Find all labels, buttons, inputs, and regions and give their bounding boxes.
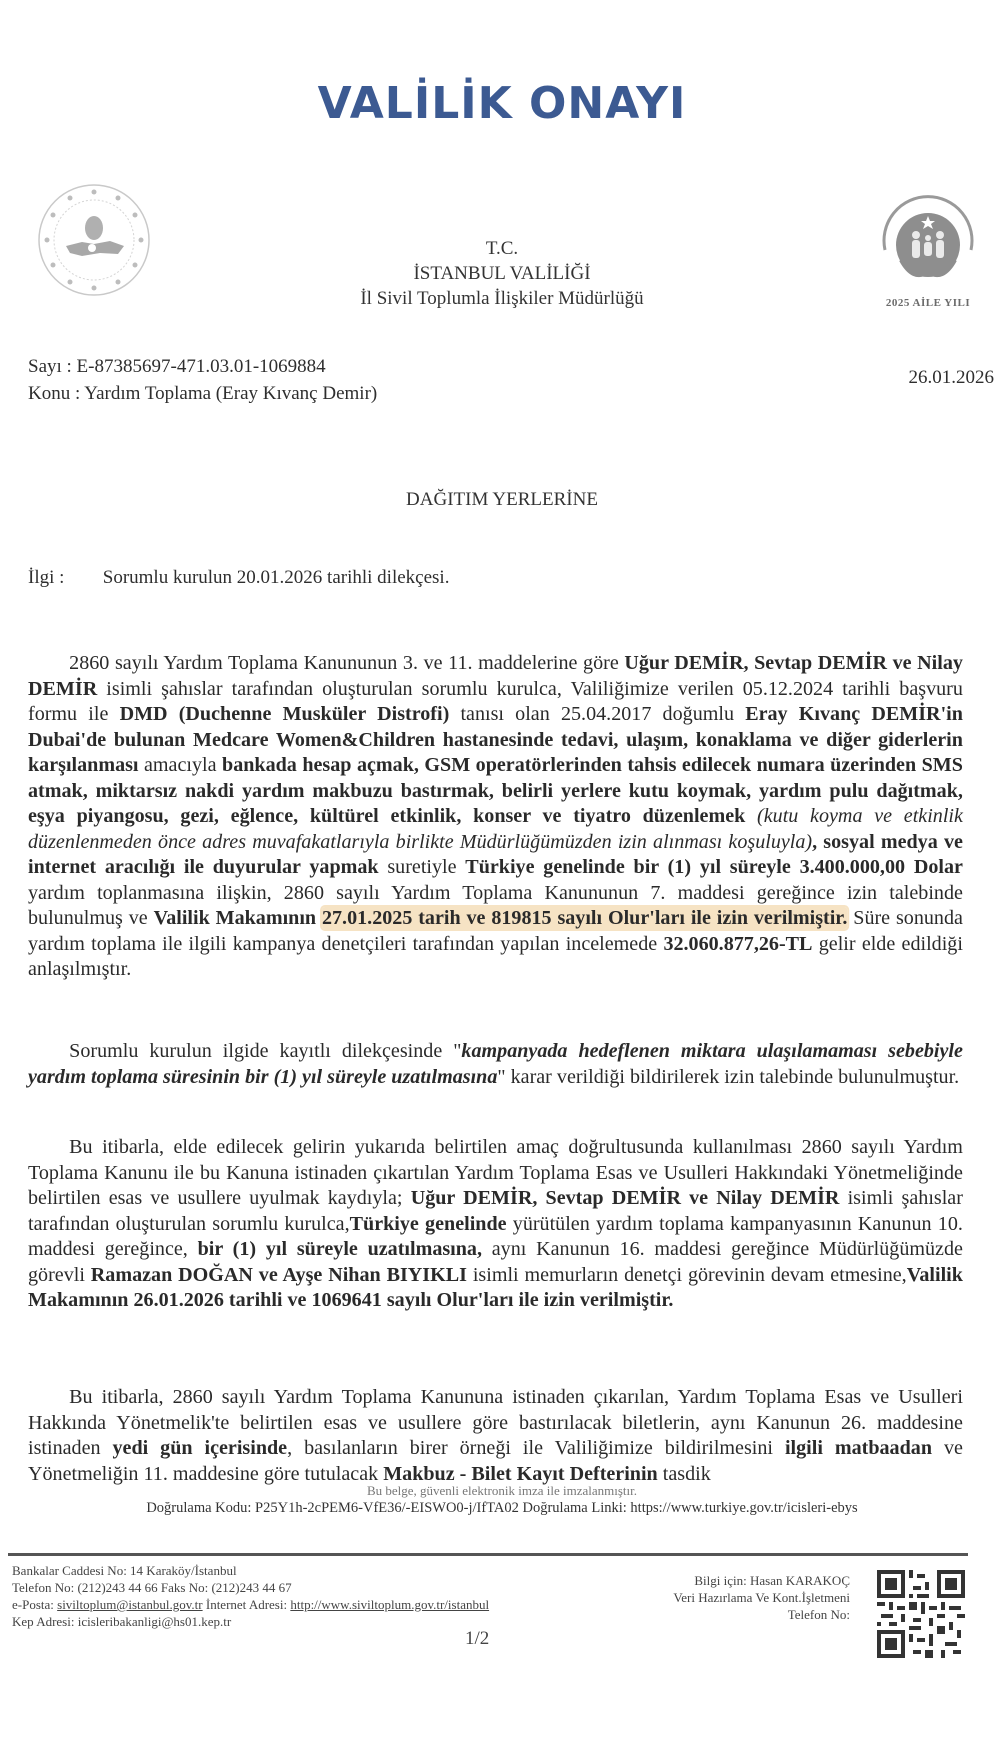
info-phone: Telefon No: — [600, 1606, 850, 1623]
document-date: 26.01.2026 — [909, 367, 995, 389]
printer: ilgili matbaadan — [785, 1437, 932, 1459]
verification-link-label: Doğrulama Linki: — [523, 1500, 627, 1516]
text: suretiyle — [379, 856, 466, 878]
konu-line: Konu : Yardım Toplama (Eray Kıvanç Demir… — [28, 380, 377, 407]
web-link[interactable]: http://www.siviltoplum.gov.tr/istanbul — [290, 1597, 489, 1612]
verification-code: P25Y1h-2cPEM6-VfE36/-EISWO0-j/IfTA02 — [255, 1500, 519, 1516]
body-paragraph-1: 2860 sayılı Yardım Toplama Kanununun 3. … — [28, 651, 963, 983]
extension-duration: bir (1) yıl süreyle uzatılmasına, — [198, 1238, 482, 1260]
email-label: e-Posta: — [12, 1597, 54, 1612]
verification-line: Doğrulama Kodu: P25Y1h-2cPEM6-VfE36/-EIS… — [0, 1500, 1004, 1517]
text: Sorumlu kurulun ilgide kayıtlı dilekçesi… — [69, 1040, 461, 1062]
text: 2860 sayılı Yardım Toplama Kanununun 3. … — [69, 652, 624, 674]
register-book: Makbuz - Bilet Kayıt Defterinin — [383, 1463, 658, 1485]
footer-address: Bankalar Caddesi No: 14 Karaköy/İstanbul — [12, 1562, 489, 1579]
sayi-label: Sayı — [28, 356, 62, 377]
highlighted-approval: 27.01.2025 tarih ve 819815 sayılı Olur'l… — [322, 907, 847, 929]
qr-code-icon — [877, 1570, 965, 1658]
diagnosis: DMD (Duchenne Musküler Distrofi) — [120, 703, 450, 725]
letterhead-tc: T.C. — [0, 236, 1004, 261]
sayi-value: : E-87385697-471.03.01-1069884 — [67, 356, 326, 377]
target-amount: Türkiye genelinde bir (1) yıl süreyle 3.… — [465, 856, 963, 878]
reference-label: İlgi : — [28, 567, 98, 589]
verification-link[interactable]: https://www.turkiye.gov.tr/icisleri-ebys — [630, 1500, 857, 1516]
body-paragraph-2: Sorumlu kurulun ilgide kayıtlı dilekçesi… — [28, 1039, 963, 1090]
text: " karar verildiği bildirilerek izin tale… — [497, 1066, 959, 1088]
text: amacıyla — [139, 754, 222, 776]
letterhead: T.C. İSTANBUL VALİLİĞİ İl Sivil Toplumla… — [0, 236, 1004, 311]
footer-phone: Telefon No: (212)243 44 66 Faks No: (212… — [12, 1579, 489, 1596]
text: tanısı olan 25.04.2017 doğumlu — [449, 703, 745, 725]
reference-text: Sorumlu kurulun 20.01.2026 tarihli dilek… — [103, 567, 450, 588]
deadline: yedi gün içerisinde — [112, 1437, 287, 1459]
page-title: VALİLİK ONAYI — [0, 78, 1004, 129]
footer-kep: Kep Adresi: icisleribakanligi@hs01.kep.t… — [12, 1613, 489, 1630]
distribution-heading: DAĞITIM YERLERİNE — [0, 489, 1004, 511]
e-signature-note: Bu belge, güvenli elektronik imza ile im… — [0, 1483, 1004, 1499]
authority: Valilik Makamının — [154, 907, 322, 929]
email-link[interactable]: siviltoplum@istanbul.gov.tr — [57, 1597, 202, 1612]
footer-email-web: e-Posta: siviltoplum@istanbul.gov.tr İnt… — [12, 1596, 489, 1613]
document-meta: Sayı : E-87385697-471.03.01-1069884 Konu… — [28, 353, 377, 407]
letterhead-directorate: İl Sivil Toplumla İlişkiler Müdürlüğü — [0, 286, 1004, 311]
page-number: 1/2 — [465, 1628, 489, 1650]
konu-label: Konu — [28, 383, 70, 404]
web-label: İnternet Adresi: — [206, 1597, 287, 1612]
footer-info: Bilgi için: Hasan KARAKOÇ Veri Hazırlama… — [600, 1572, 850, 1623]
auditor-names: Ramazan DOĞAN ve Ayşe Nihan BIYIKLI — [91, 1264, 467, 1286]
committee-names: Uğur DEMİR, Sevtap DEMİR ve Nilay DEMİR — [411, 1187, 840, 1209]
footer-contact: Bankalar Caddesi No: 14 Karaköy/İstanbul… — [12, 1562, 489, 1630]
verification-code-label: Doğrulama Kodu: — [146, 1500, 251, 1516]
reference-line: İlgi : Sorumlu kurulun 20.01.2026 tarihl… — [28, 567, 449, 589]
info-title: Veri Hazırlama Ve Kont.İşletmeni — [600, 1589, 850, 1606]
collected-amount: 32.060.877,26-TL — [663, 933, 812, 955]
letterhead-governorship: İSTANBUL VALİLİĞİ — [0, 261, 1004, 286]
konu-value: : Yardım Toplama (Eray Kıvanç Demir) — [75, 383, 377, 404]
scope: Türkiye genelinde — [350, 1213, 507, 1235]
sayi-line: Sayı : E-87385697-471.03.01-1069884 — [28, 353, 377, 380]
text: , basılanların birer örneği ile Valiliği… — [287, 1437, 785, 1459]
text: isimli memurların denetçi görevinin deva… — [467, 1264, 907, 1286]
body-paragraph-4: Bu itibarla, 2860 sayılı Yardım Toplama … — [28, 1385, 963, 1487]
text: tasdik — [658, 1463, 711, 1485]
info-contact: Bilgi için: Hasan KARAKOÇ — [600, 1572, 850, 1589]
body-paragraph-3: Bu itibarla, elde edilecek gelirin yukar… — [28, 1135, 963, 1314]
footer-divider — [8, 1553, 968, 1556]
